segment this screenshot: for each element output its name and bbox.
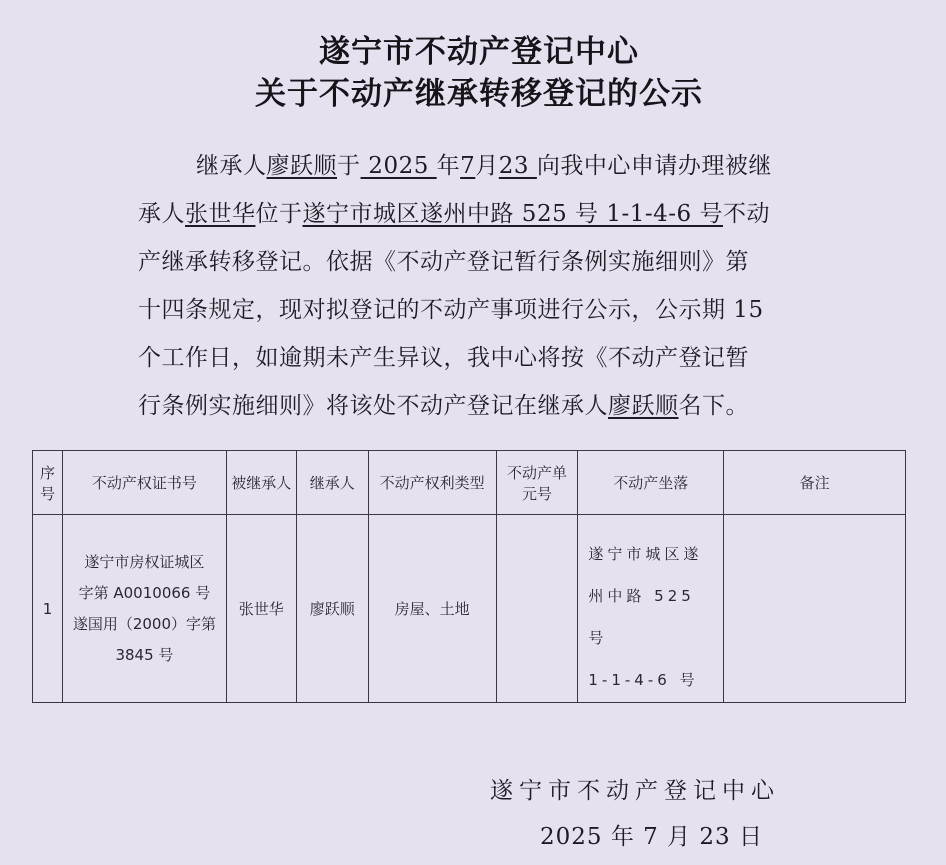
col-header-right-type: 不动产权利类型 (368, 451, 496, 515)
location-line: 州中路 525 号 (588, 575, 719, 659)
signature: 遂宁市不动产登记中心 (490, 772, 780, 805)
table-row: 1 遂宁市房权证城区 字第 A0010066 号 遂国用（2000）字第 384… (33, 515, 906, 703)
body-line-1: 继承人廖跃顺于 2025 年7月23 向我中心申请办理被继 (196, 142, 772, 190)
col-header-decedent: 被继承人 (226, 451, 296, 515)
location-line: 遂宁市城区遂 (588, 533, 719, 575)
col-header-remark: 备注 (724, 451, 906, 515)
cert-line: 字第 A0010066 号 (67, 578, 222, 609)
text: 位于 (256, 201, 303, 227)
cell-index: 1 (33, 515, 63, 703)
text: 于 (337, 153, 361, 179)
col-header-unit-no: 不动产单元号 (496, 451, 578, 515)
col-header-heir: 继承人 (296, 451, 368, 515)
col-header-cert: 不动产权证书号 (62, 451, 226, 515)
text: 不动 (723, 201, 770, 227)
decedent-name: 张世华 (185, 201, 256, 227)
text: 年 (437, 153, 461, 179)
text: 继承人 (196, 153, 267, 179)
col-header-location: 不动产坐落 (578, 451, 724, 515)
body-line-3: 产继承转移登记。依据《不动产登记暂行条例实施细则》第 (138, 238, 749, 286)
title-line-2: 关于不动产继承转移登记的公示 (6, 68, 946, 113)
body-line-5: 个工作日，如逾期未产生异议，我中心将按《不动产登记暂 (138, 334, 749, 382)
cell-location: 遂宁市城区遂 州中路 525 号 1-1-4-6 号 (578, 515, 724, 703)
heir-name: 廖跃顺 (267, 153, 338, 179)
cell-unit-no (496, 515, 578, 703)
text: 承人 (138, 201, 185, 227)
cell-heir: 廖跃顺 (296, 515, 368, 703)
cell-decedent: 张世华 (226, 515, 296, 703)
body-line-4: 十四条规定，现对拟登记的不动产事项进行公示，公示期 15 (138, 286, 764, 334)
cert-line: 3845 号 (67, 640, 222, 671)
col-header-index: 序号 (33, 451, 63, 515)
text: 行条例实施细则》将该处不动产登记在继承人 (138, 393, 608, 419)
body-line-6: 行条例实施细则》将该处不动产登记在继承人廖跃顺名下。 (138, 382, 749, 430)
apply-month: 7 (460, 153, 475, 179)
body-line-2: 承人张世华位于遂宁市城区遂州中路 525 号 1-1-4-6 号不动 (138, 190, 770, 238)
text: 向我中心申请办理被继 (537, 153, 772, 179)
heir-name: 廖跃顺 (608, 393, 679, 419)
text: 月 (475, 153, 499, 179)
location-line: 1-1-4-6 号 (588, 659, 719, 701)
cell-cert: 遂宁市房权证城区 字第 A0010066 号 遂国用（2000）字第 3845 … (62, 515, 226, 703)
cell-right-type: 房屋、土地 (368, 515, 496, 703)
text: 名下。 (679, 393, 750, 419)
property-address: 遂宁市城区遂州中路 525 号 1-1-4-6 号 (303, 201, 724, 227)
signature-date: 2025 年 7 月 23 日 (540, 818, 763, 851)
title-line-1: 遂宁市不动产登记中心 (6, 26, 946, 71)
table-header-row: 序号 不动产权证书号 被继承人 继承人 不动产权利类型 不动产单元号 不动产坐落… (33, 451, 906, 515)
apply-day: 23 (499, 153, 537, 179)
property-table: 序号 不动产权证书号 被继承人 继承人 不动产权利类型 不动产单元号 不动产坐落… (32, 450, 906, 703)
cell-remark (724, 515, 906, 703)
cert-line: 遂宁市房权证城区 (67, 547, 222, 578)
apply-year: 2025 (361, 153, 437, 179)
cert-line: 遂国用（2000）字第 (67, 609, 222, 640)
